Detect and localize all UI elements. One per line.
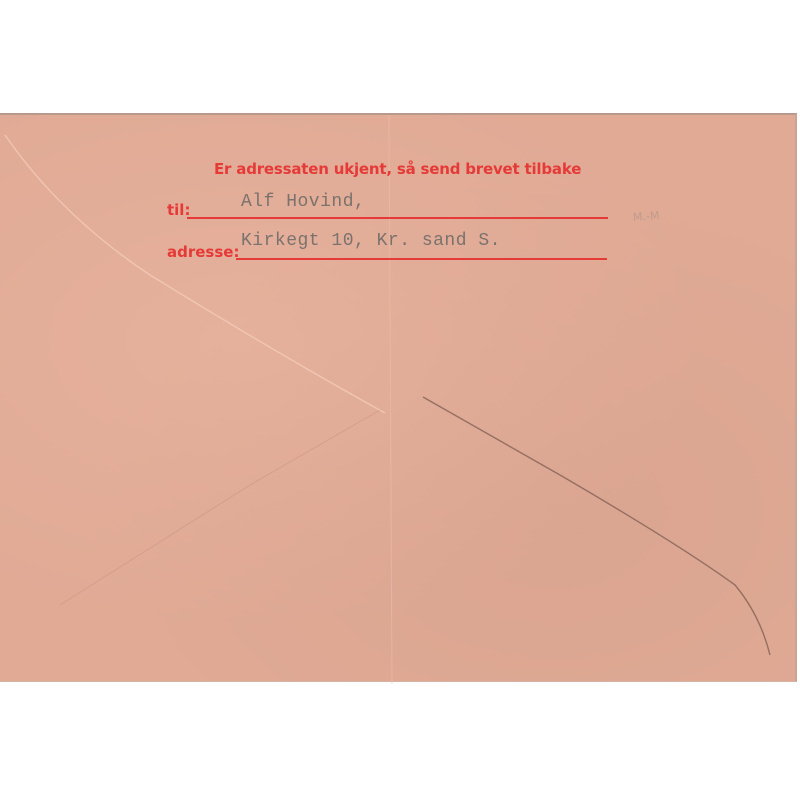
faint-pencil-mark: M.-M <box>633 209 660 224</box>
envelope-back: Er adressaten ukjent, så send brevet til… <box>0 113 797 682</box>
adresse-label: adresse: <box>167 243 239 261</box>
return-instruction-heading: Er adressaten ukjent, så send brevet til… <box>214 160 581 178</box>
til-underline <box>187 217 608 219</box>
sender-address: Kirkegt 10, Kr. sand S. <box>241 231 501 251</box>
envelope-flap-folds <box>0 115 797 684</box>
adresse-underline <box>236 258 607 260</box>
sender-name: Alf Hovind, <box>241 192 365 212</box>
